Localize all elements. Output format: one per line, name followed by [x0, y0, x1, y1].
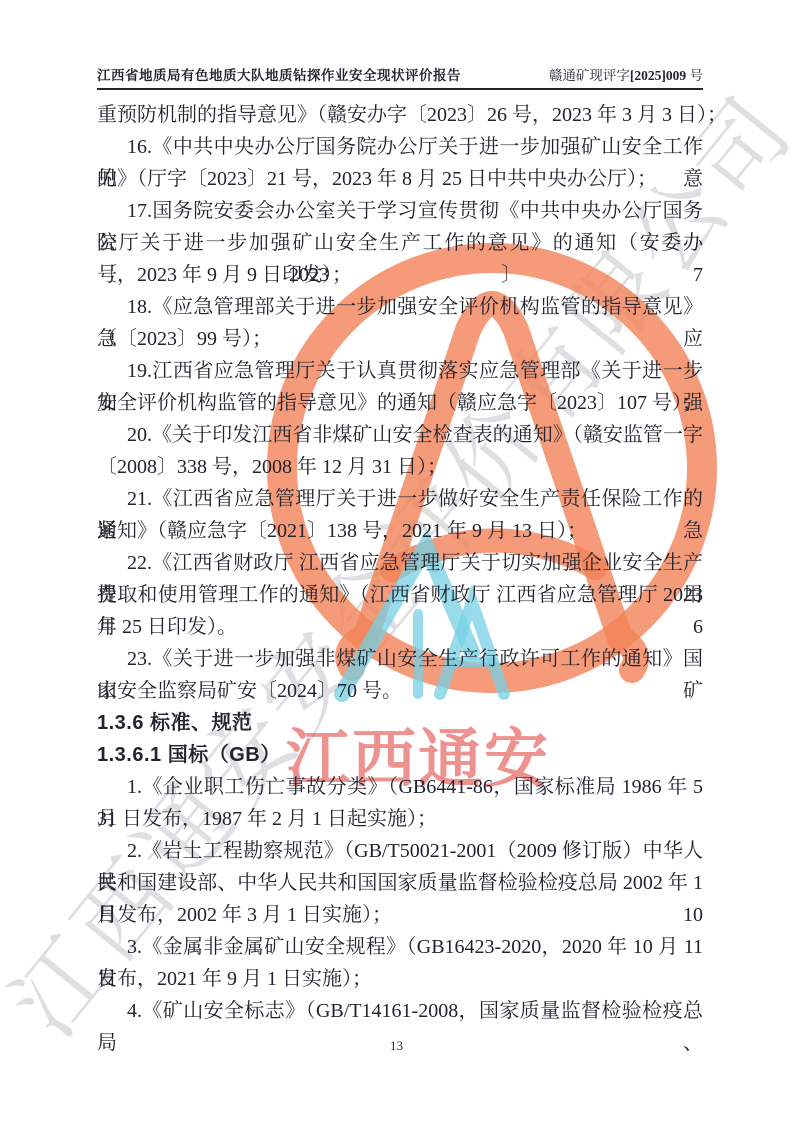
- page-header: 江西省地质局有色地质大队地质钻探作业安全现状评价报告 赣通矿现评字[2025]0…: [97, 60, 703, 90]
- text-line: 18.《应急管理部关于进一步加强安全评价机构监管的指导意见》（应: [97, 291, 703, 323]
- text-line: 〔2008〕338 号，2008 年 12 月 31 日）；: [97, 451, 703, 483]
- text-line: 见》（厅字〔2023〕21 号，2023 年 8 月 25 日中共中央办公厅）；: [97, 163, 703, 195]
- text-line: 2.《岩土工程勘察规范》（GB/T50021-2001（2009 修订版）中华人…: [97, 835, 703, 867]
- text-line: 3.《金属非金属矿山安全规程》（GB16423-2020，2020 年 10 月…: [97, 931, 703, 963]
- document-page: 江西通安安全评价有限公司 江西通安 江西省地质局有色地质大队地质钻探作业安全现状…: [0, 0, 793, 1122]
- section-heading: 1.3.6.1 国标（GB）: [97, 739, 703, 771]
- text-line: 20.《关于印发江西省非煤矿山安全检查表的通知》（赣安监管一字: [97, 419, 703, 451]
- header-doc-number: 赣通矿现评字[2025]009 号: [549, 64, 703, 88]
- text-line: 4.《矿山安全标志》（GB/T14161-2008，国家质量监督检验检疫总局、: [97, 995, 703, 1027]
- doc-number-prefix: 赣通矿现评字: [549, 68, 630, 83]
- text-line: 31 日发布，1987 年 2 月 1 日起实施）；: [97, 803, 703, 835]
- text-line: 21.《江西省应急管理厅关于进一步做好安全生产责任保险工作的紧急: [97, 483, 703, 515]
- text-line: 23.《关于进一步加强非煤矿山安全生产行政许可工作的通知》国家矿: [97, 643, 703, 675]
- text-line: 公厅关于进一步加强矿山安全生产工作的意见》的通知（安委办〔2023〕7: [97, 227, 703, 259]
- text-line: 安全评价机构监管的指导意见》的通知（赣应急字〔2023〕107 号）；: [97, 387, 703, 419]
- text-line: 19.江西省应急管理厅关于认真贯彻落实应急管理部《关于进一步加强: [97, 355, 703, 387]
- text-line: 16.《中共中央办公厅国务院办公厅关于进一步加强矿山安全工作的意: [97, 131, 703, 163]
- doc-number-suffix: 号: [686, 68, 703, 83]
- text-line: 17.国务院安委会办公室关于学习宣传贯彻《中共中央办公厅国务院办: [97, 195, 703, 227]
- page-number: 13: [0, 1038, 793, 1054]
- text-line: 发布，2021 年 9 月 1 日实施）；: [97, 963, 703, 995]
- section-heading: 1.3.6 标准、规范: [97, 707, 703, 739]
- document-body: 重预防机制的指导意见》（赣安办字〔2023〕26 号，2023 年 3 月 3 …: [97, 99, 703, 1027]
- text-line: 重预防机制的指导意见》（赣安办字〔2023〕26 号，2023 年 3 月 3 …: [97, 99, 703, 131]
- doc-number-value: [2025]009: [630, 68, 686, 83]
- header-report-title: 江西省地质局有色地质大队地质钻探作业安全现状评价报告: [97, 64, 461, 88]
- text-line: 提取和使用管理工作的通知》（江西省财政厅 江西省应急管理厅 2023 年 6: [97, 579, 703, 611]
- text-line: 22.《江西省财政厅 江西省应急管理厅关于切实加强企业安全生产费用: [97, 547, 703, 579]
- text-line: 1.《企业职工伤亡事故分类》（GB6441-86，国家标准局 1986 年 5 …: [97, 771, 703, 803]
- text-line: 共和国建设部、中华人民共和国国家质量监督检验检疫总局 2002 年 1 月 10: [97, 867, 703, 899]
